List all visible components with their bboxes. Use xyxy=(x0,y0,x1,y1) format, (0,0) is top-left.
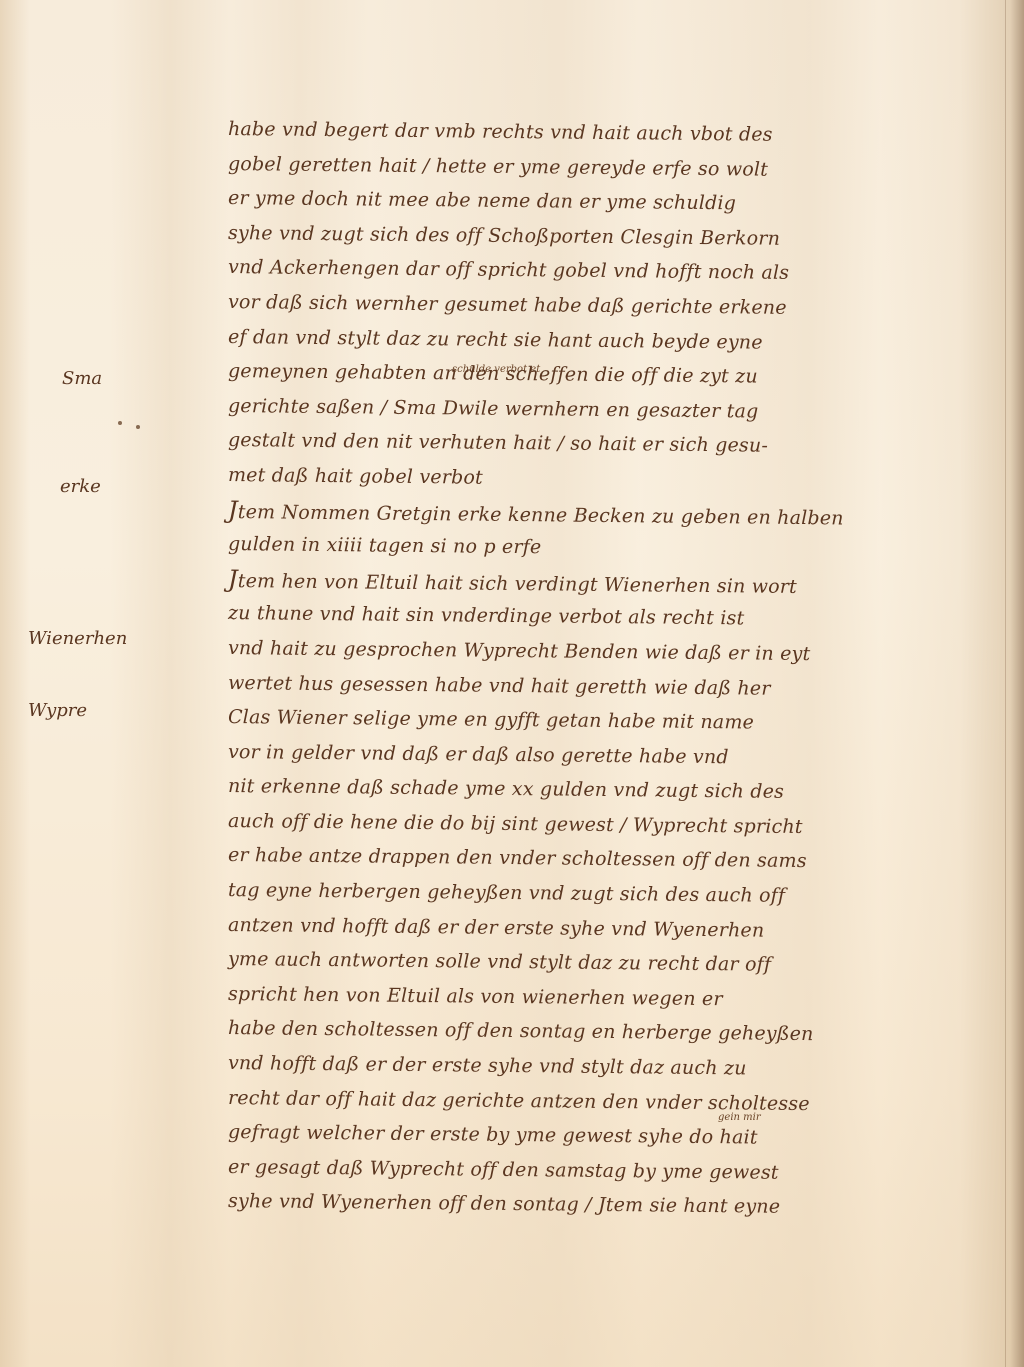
text-line: syhe vnd Wyenerhen off den sontag / Jtem… xyxy=(228,1184,1018,1227)
margin-note-summa: Sma xyxy=(62,368,102,389)
ink-blot xyxy=(118,421,122,425)
margin-note-erke: erke xyxy=(60,476,101,497)
manuscript-page: Sma erke Wienerhen Wypre schulde verbot … xyxy=(0,0,1024,1367)
main-text-block: habe vnd begert dar vmb rechts vnd hait … xyxy=(228,112,1018,1219)
margin-note-wypre: Wypre xyxy=(28,700,87,721)
ink-blot xyxy=(136,425,140,429)
margin-note-wienerhen: Wienerhen xyxy=(28,628,127,649)
